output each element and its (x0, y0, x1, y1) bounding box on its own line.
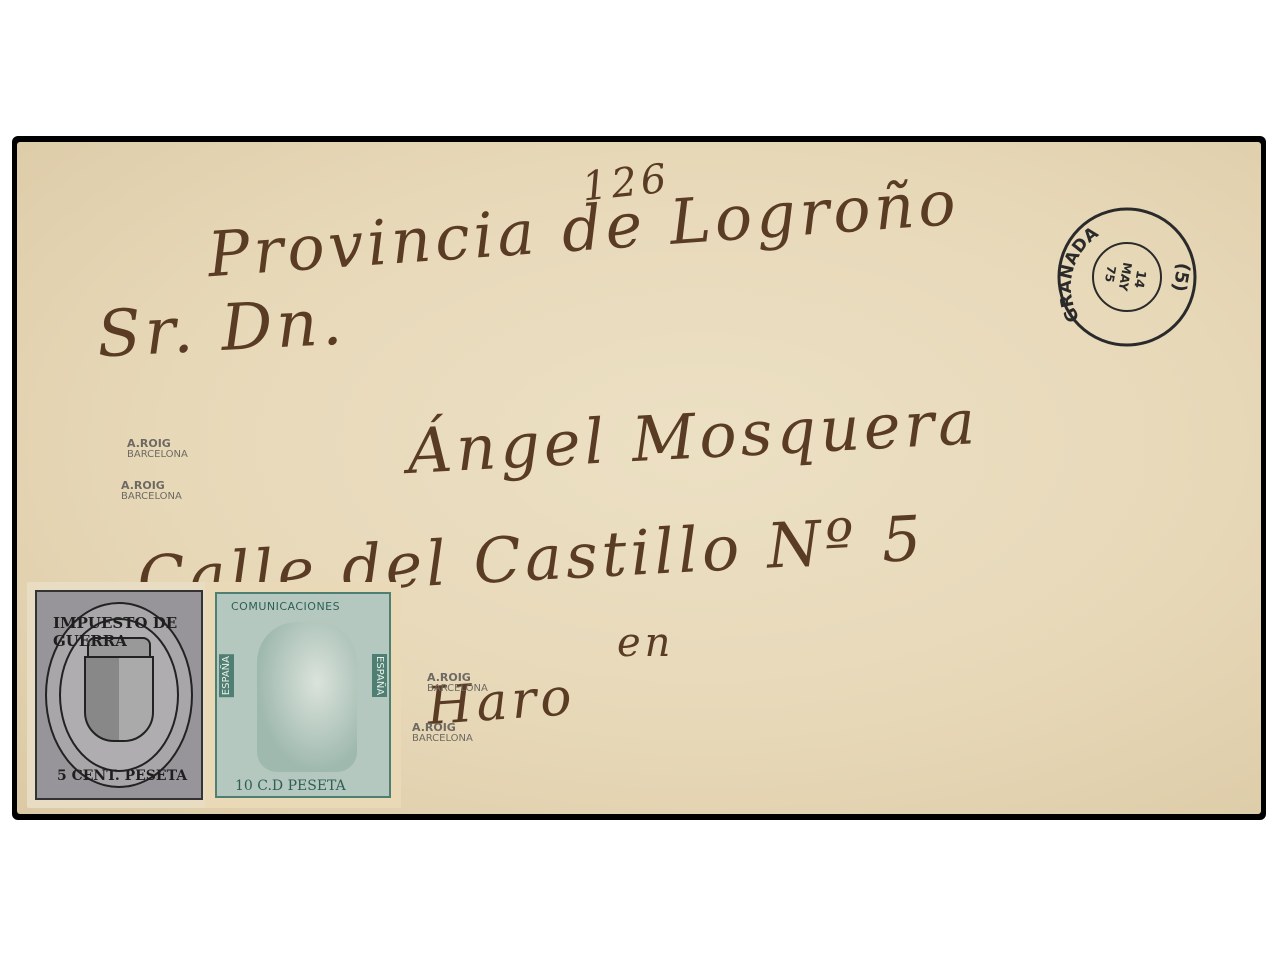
dealer-mark: A.ROIG BARCELONA (121, 480, 182, 502)
svg-text:GRANADA: GRANADA (1056, 223, 1103, 326)
dealer-mark-city: BARCELONA (121, 491, 182, 502)
dealer-mark-city: BARCELONA (127, 449, 188, 460)
postmark-city: GRANADA (1056, 223, 1103, 326)
seated-figure-icon (257, 622, 357, 772)
postmark-month: MAY (1116, 261, 1135, 292)
envelope-paper: 126 Provincia de Logroño Sr. Dn. Ángel M… (17, 142, 1261, 814)
stamp-war-bottom-text: 5 CENT. PESETA (57, 768, 187, 784)
stamp-com-side-right: ESPAÑA (372, 654, 387, 697)
postmark-district: (5) (1168, 261, 1194, 293)
dealer-mark: A.ROIG BARCELONA (127, 438, 188, 460)
dealer-mark: A.ROIG BARCELONA (427, 672, 488, 694)
postmark-year: 75 (1102, 265, 1119, 284)
stamp-communications: COMUNICACIONES ESPAÑA ESPAÑA 10 C.D PESE… (205, 582, 401, 808)
address-line-en: en (617, 620, 674, 666)
stamp-com-side-left: ESPAÑA (219, 654, 234, 697)
address-line-name: Ángel Mosquera (405, 385, 980, 488)
coat-of-arms-icon (84, 656, 154, 742)
address-line-salutation: Sr. Dn. (95, 286, 348, 373)
dealer-mark: A.ROIG BARCELONA (412, 722, 473, 744)
stamp-com-value-text: 10 C.D PESETA (235, 778, 346, 794)
stamp-war-tax: IMPUESTO DE GUERRA 5 CENT. PESETA (27, 582, 211, 808)
stamp-com-top-text: COMUNICACIONES (231, 600, 340, 613)
postmark: GRANADA 14 MAY 75 (5) (1052, 202, 1202, 352)
stamp-war-top-text: IMPUESTO DE GUERRA (53, 614, 201, 650)
dealer-mark-city: BARCELONA (412, 733, 473, 744)
envelope: 126 Provincia de Logroño Sr. Dn. Ángel M… (12, 136, 1266, 820)
dealer-mark-city: BARCELONA (427, 683, 488, 694)
